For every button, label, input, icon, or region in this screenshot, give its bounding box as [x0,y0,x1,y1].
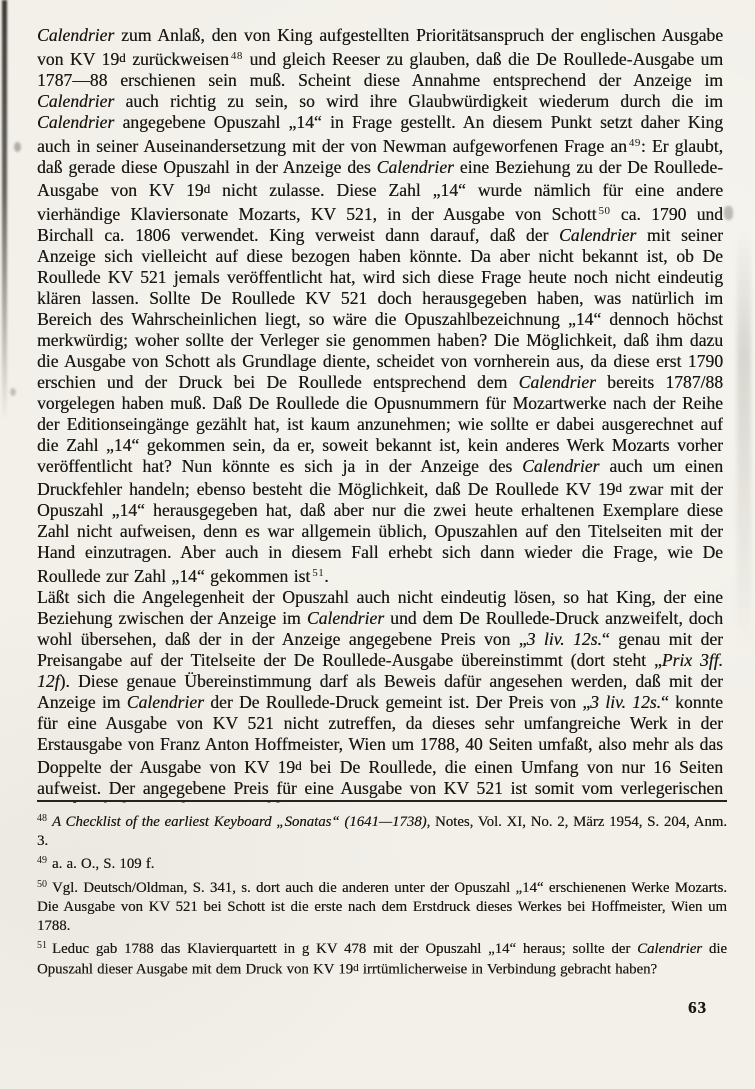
footnote-ref-48: 48 [231,50,243,62]
text-run: Calendrier [307,608,384,628]
text-run: Vgl. Deutsch/Oldman, S. 341, s. dort auc… [37,880,727,934]
text-run: der De Roullede-Druck gemeint ist. Der P… [204,692,590,712]
text-run: mit seiner Anzeige sich vielleicht auf d… [37,225,723,392]
footnote-number: 48 [37,813,47,824]
footnote-number: 51 [37,940,47,951]
text-run: Calendrier [37,91,114,111]
text-run: angegebene Opuszahl „14“ in Frage gestel… [37,112,723,156]
scanned-book-page: Calendrier zum Anlaß, den von King aufge… [0,0,755,1089]
footnote-number: 50 [37,879,47,890]
text-run: Calendrier [519,372,596,392]
scan-artifact-left-edge [2,0,7,420]
text-run: Leduc gab 1788 das Klavierquartett in g … [52,941,637,957]
text-run: A Checklist of the earliest Keyboard „So… [52,814,427,830]
footnote-ref-49: 49 [629,137,641,149]
text-run: Calendrier [637,941,702,957]
main-text-block: Calendrier zum Anlaß, den von King aufge… [37,25,723,803]
text-run: Calendrier [127,692,204,712]
footnote-ref-50: 50 [598,205,610,217]
footnote-divider [37,800,727,802]
text-run: 3 liv. 12s. [590,692,661,712]
paragraph-1: Calendrier zum Anlaß, den von King aufge… [37,25,723,587]
paragraph-2: Läßt sich die Angelegenheit der Opuszahl… [37,587,723,803]
text-run: auch richtig zu sein, so wird ihre Glaub… [114,91,723,111]
footnote-ref-51: 51 [312,567,324,579]
text-run: Calendrier [522,456,599,476]
scan-artifact-speck [14,142,21,152]
text-run: a. a. O., S. 109 f. [52,856,154,872]
text-run: 3 liv. 12s. [527,629,602,649]
footnote-50: 50Vgl. Deutsch/Oldman, S. 341, s. dort a… [37,875,727,937]
footnote-number: 49 [37,855,47,866]
footnote-48: 48A Checklist of the earliest Keyboard „… [37,809,727,851]
text-run: irrtümlicherweise in Verbindung gebracht… [359,962,657,978]
text-run: Calendrier [559,225,636,245]
page-number: 63 [688,998,707,1018]
scan-artifact-speck [10,388,16,396]
text-run: Calendrier [37,112,114,132]
text-run: Calendrier [377,157,454,177]
text-run: Calendrier [37,25,114,45]
text-run: . [324,566,328,586]
footnote-section: 48A Checklist of the earliest Keyboard „… [37,800,727,980]
scan-artifact-right-smudge [737,230,751,650]
footnote-49: 49a. a. O., S. 109 f. [37,851,727,874]
text-run: zurückweisen [126,49,229,69]
footnote-51: 51Leduc gab 1788 das Klavierquartett in … [37,936,727,980]
scan-artifact-speck [724,206,733,220]
